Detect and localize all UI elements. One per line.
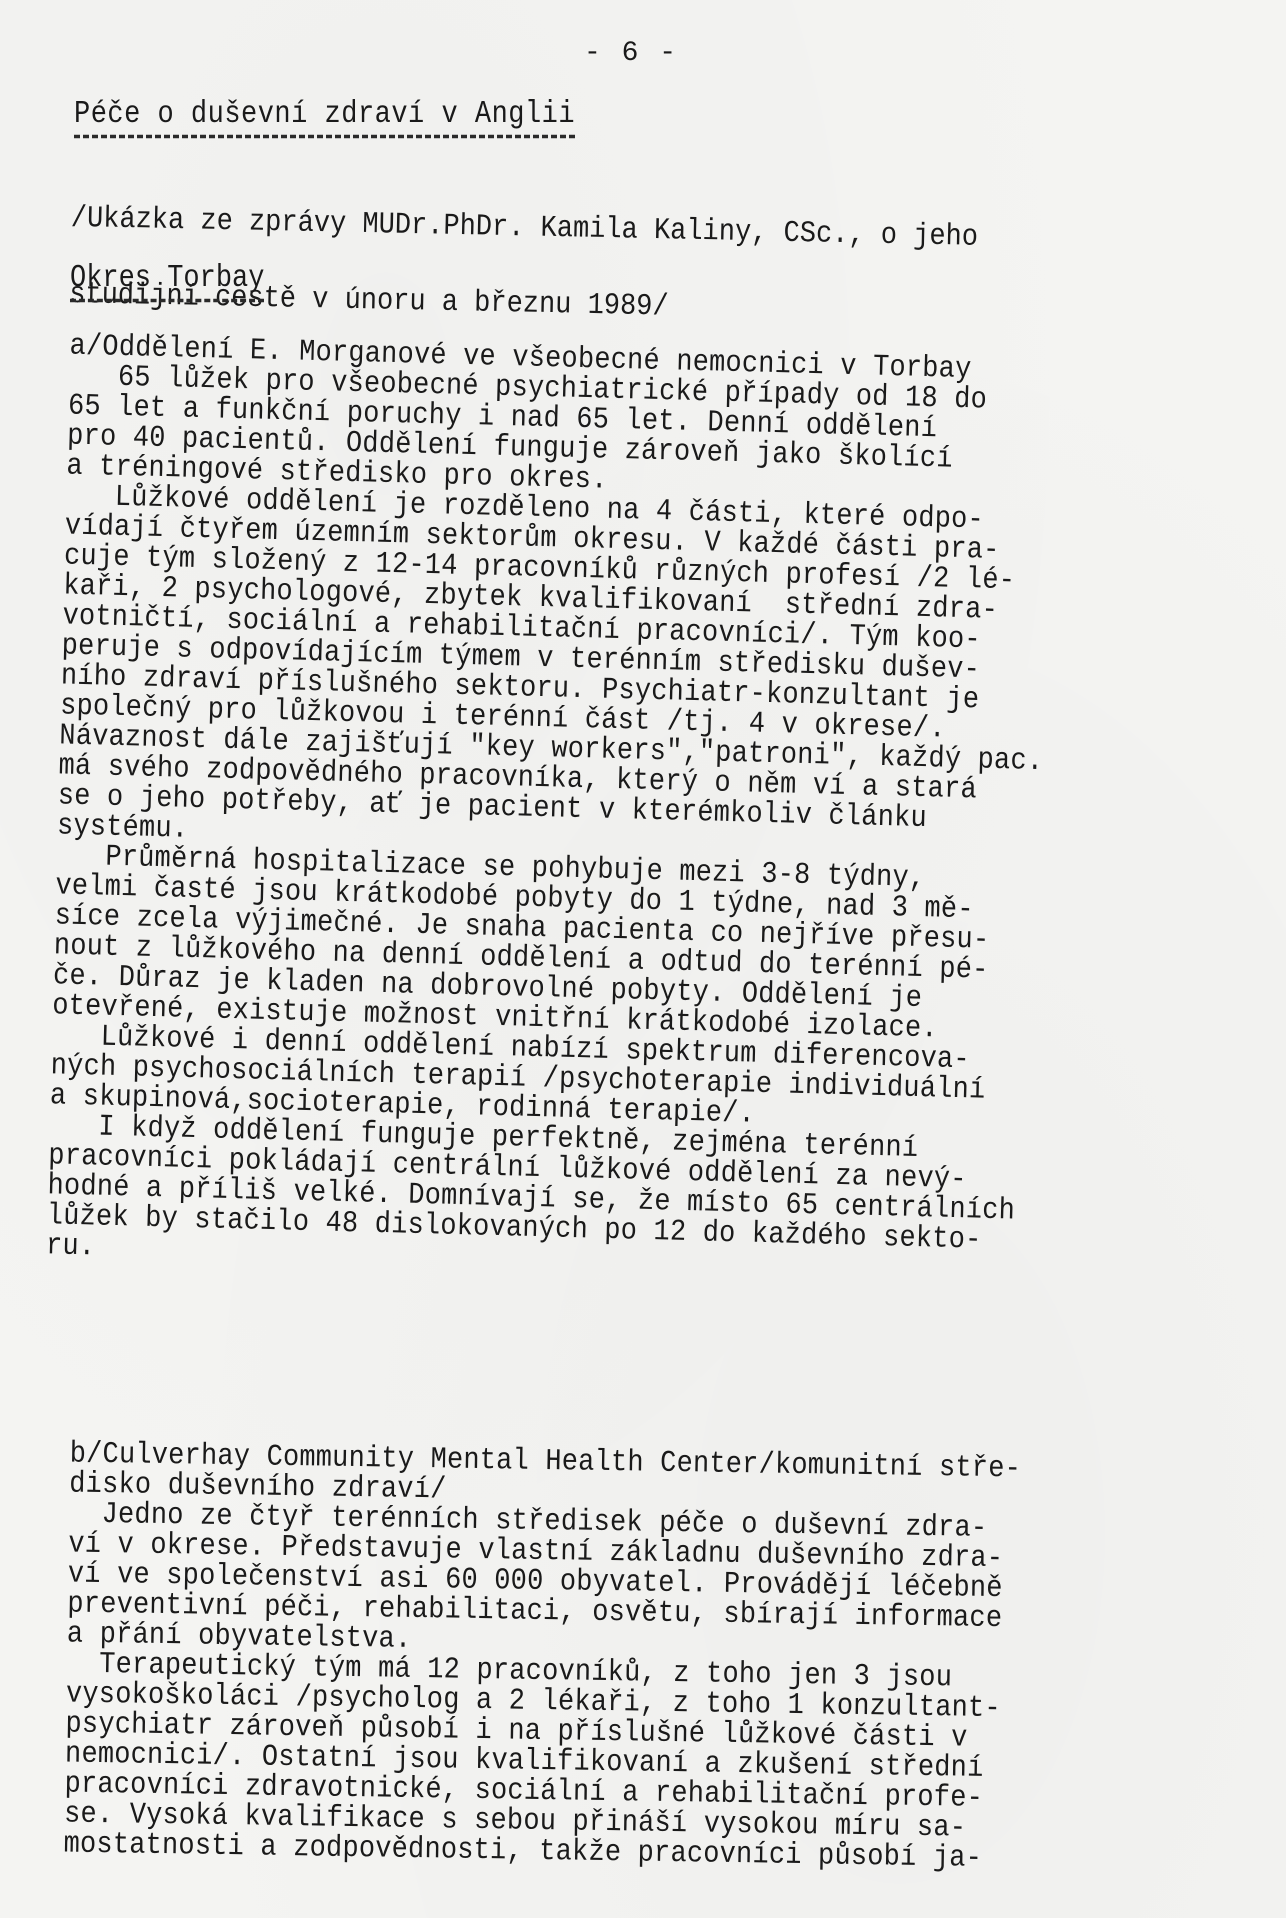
subtitle-line: /Ukázka ze zprávy MUDr.PhDr. Kamila Kali… (70, 200, 1211, 262)
typewritten-page: - 6 - Péče o duševní zdraví v Anglii /Uk… (0, 0, 1286, 1918)
section-heading: Okres Torbay (70, 262, 264, 302)
document-title: Péče o duševní zdraví v Anglii (74, 98, 575, 138)
page-number: - 6 - (584, 38, 678, 69)
section-b-text: b/Culverhay Community Mental Health Cent… (63, 1438, 1021, 1873)
section-heading-text: Okres Torbay (70, 262, 264, 302)
title-text: Péče o duševní zdraví v Anglii (74, 98, 575, 138)
section-a-text: a/Oddělení E. Morganové ve všeobecné nem… (46, 330, 1054, 1285)
